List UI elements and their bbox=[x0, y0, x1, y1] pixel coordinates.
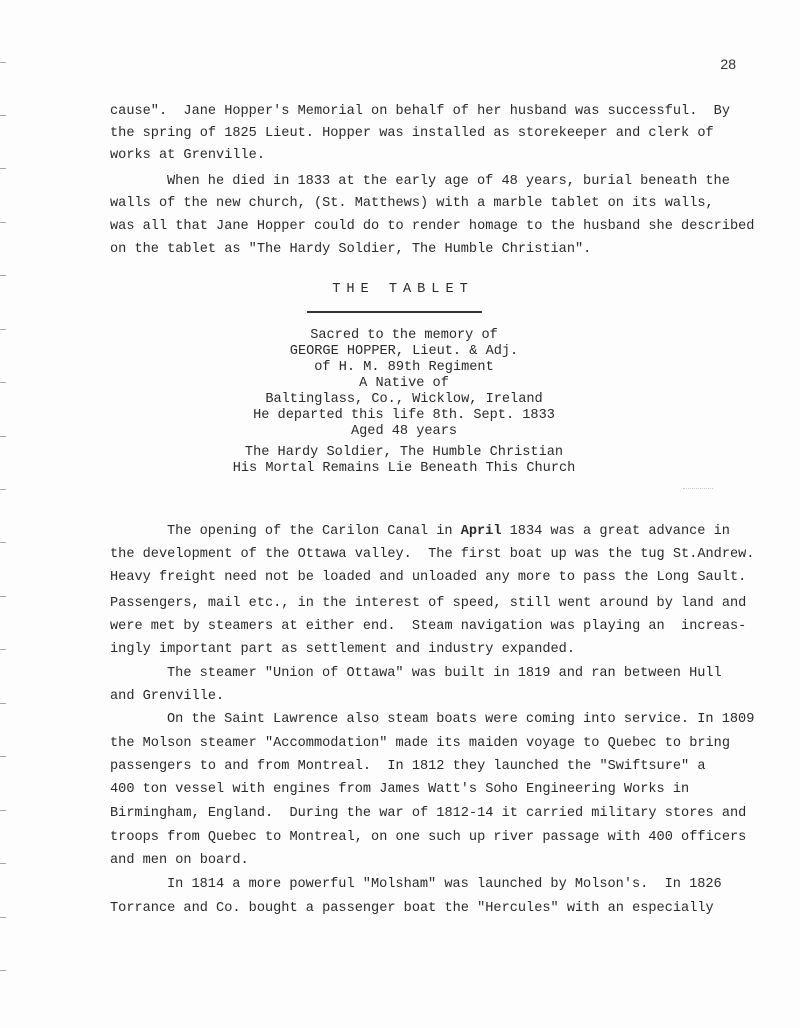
inscription-line: Baltinglass, Co., Wicklow, Ireland bbox=[0, 392, 800, 408]
edge-mark bbox=[0, 649, 6, 650]
paragraph-line: troops from Quebec to Montreal, on one s… bbox=[110, 828, 746, 848]
edge-mark bbox=[0, 222, 6, 223]
paragraph-line: on the tablet as "The Hardy Soldier, The… bbox=[110, 240, 591, 260]
inscription-line: He departed this life 8th. Sept. 1833 bbox=[0, 408, 800, 424]
paragraph-line: 400 ton vessel with engines from James W… bbox=[110, 780, 689, 800]
paragraph-line: The opening of the Carilon Canal in Apri… bbox=[167, 522, 730, 542]
edge-mark bbox=[0, 115, 6, 116]
paragraph-line: and men on board. bbox=[110, 851, 249, 871]
edge-mark bbox=[0, 810, 6, 811]
paragraph-line: Heavy freight need not be loaded and unl… bbox=[110, 568, 746, 588]
scan-artifact bbox=[683, 488, 713, 490]
epitaph-line: The Hardy Soldier, The Humble Christian bbox=[0, 445, 800, 461]
paragraph-line: ingly important part as settlement and i… bbox=[110, 640, 575, 660]
edge-mark bbox=[0, 489, 6, 490]
edge-mark bbox=[0, 596, 6, 597]
edge-mark bbox=[0, 703, 6, 704]
paragraph-line: Passengers, mail etc., in the interest o… bbox=[110, 594, 746, 614]
text-segment: The opening of the Carilon Canal in bbox=[167, 524, 461, 539]
tablet-heading: THE TABLET bbox=[0, 282, 800, 297]
inscription-line: GEORGE HOPPER, Lieut. & Adj. bbox=[0, 344, 800, 360]
paragraph-line: were met by steamers at either end. Stea… bbox=[110, 617, 746, 637]
edge-mark bbox=[0, 168, 6, 169]
edge-mark bbox=[0, 275, 6, 276]
inscription-line: A Native of bbox=[0, 376, 800, 392]
paragraph-line: and Grenville. bbox=[110, 687, 224, 707]
text-segment: 1834 was a great advance in bbox=[501, 524, 729, 539]
paragraph-line: the Molson steamer "Accommodation" made … bbox=[110, 734, 730, 754]
paragraph-line: On the Saint Lawrence also steam boats w… bbox=[167, 710, 754, 730]
tablet-inscription: Sacred to the memory of GEORGE HOPPER, L… bbox=[0, 328, 800, 440]
edge-mark bbox=[0, 62, 6, 63]
paragraph-line: the spring of 1825 Lieut. Hopper was ins… bbox=[110, 124, 714, 144]
edge-mark bbox=[0, 863, 6, 864]
tablet-epitaph: The Hardy Soldier, The Humble Christian … bbox=[0, 445, 800, 477]
paragraph-line: Birmingham, England. During the war of 1… bbox=[110, 804, 746, 824]
paragraph-line: cause". Jane Hopper's Memorial on behalf… bbox=[110, 102, 730, 122]
page-number: 28 bbox=[720, 56, 736, 72]
edge-mark bbox=[0, 756, 6, 757]
paragraph-line: walls of the new church, (St. Matthews) … bbox=[110, 194, 714, 214]
inscription-line: of H. M. 89th Regiment bbox=[0, 360, 800, 376]
edge-mark bbox=[0, 917, 6, 918]
edge-mark bbox=[0, 542, 6, 543]
text-segment-bold: April bbox=[461, 524, 502, 539]
paragraph-line: was all that Jane Hopper could do to ren… bbox=[110, 217, 754, 237]
paragraph-line: When he died in 1833 at the early age of… bbox=[167, 172, 730, 192]
paragraph-line: Torrance and Co. bought a passenger boat… bbox=[110, 899, 714, 919]
heading-divider bbox=[307, 311, 482, 313]
inscription-line: Sacred to the memory of bbox=[0, 328, 800, 344]
paragraph-line: passengers to and from Montreal. In 1812… bbox=[110, 757, 706, 777]
document-page: 28 cause". Jane Hopper's Memorial on beh… bbox=[0, 0, 800, 1028]
epitaph-line: His Mortal Remains Lie Beneath This Chur… bbox=[0, 461, 800, 477]
paragraph-line: the development of the Ottawa valley. Th… bbox=[110, 545, 754, 565]
edge-mark bbox=[0, 970, 6, 971]
paragraph-line: works at Grenville. bbox=[110, 146, 265, 166]
paragraph-line: In 1814 a more powerful "Molsham" was la… bbox=[167, 875, 722, 895]
inscription-line: Aged 48 years bbox=[0, 424, 800, 440]
paragraph-line: The steamer "Union of Ottawa" was built … bbox=[167, 664, 722, 684]
